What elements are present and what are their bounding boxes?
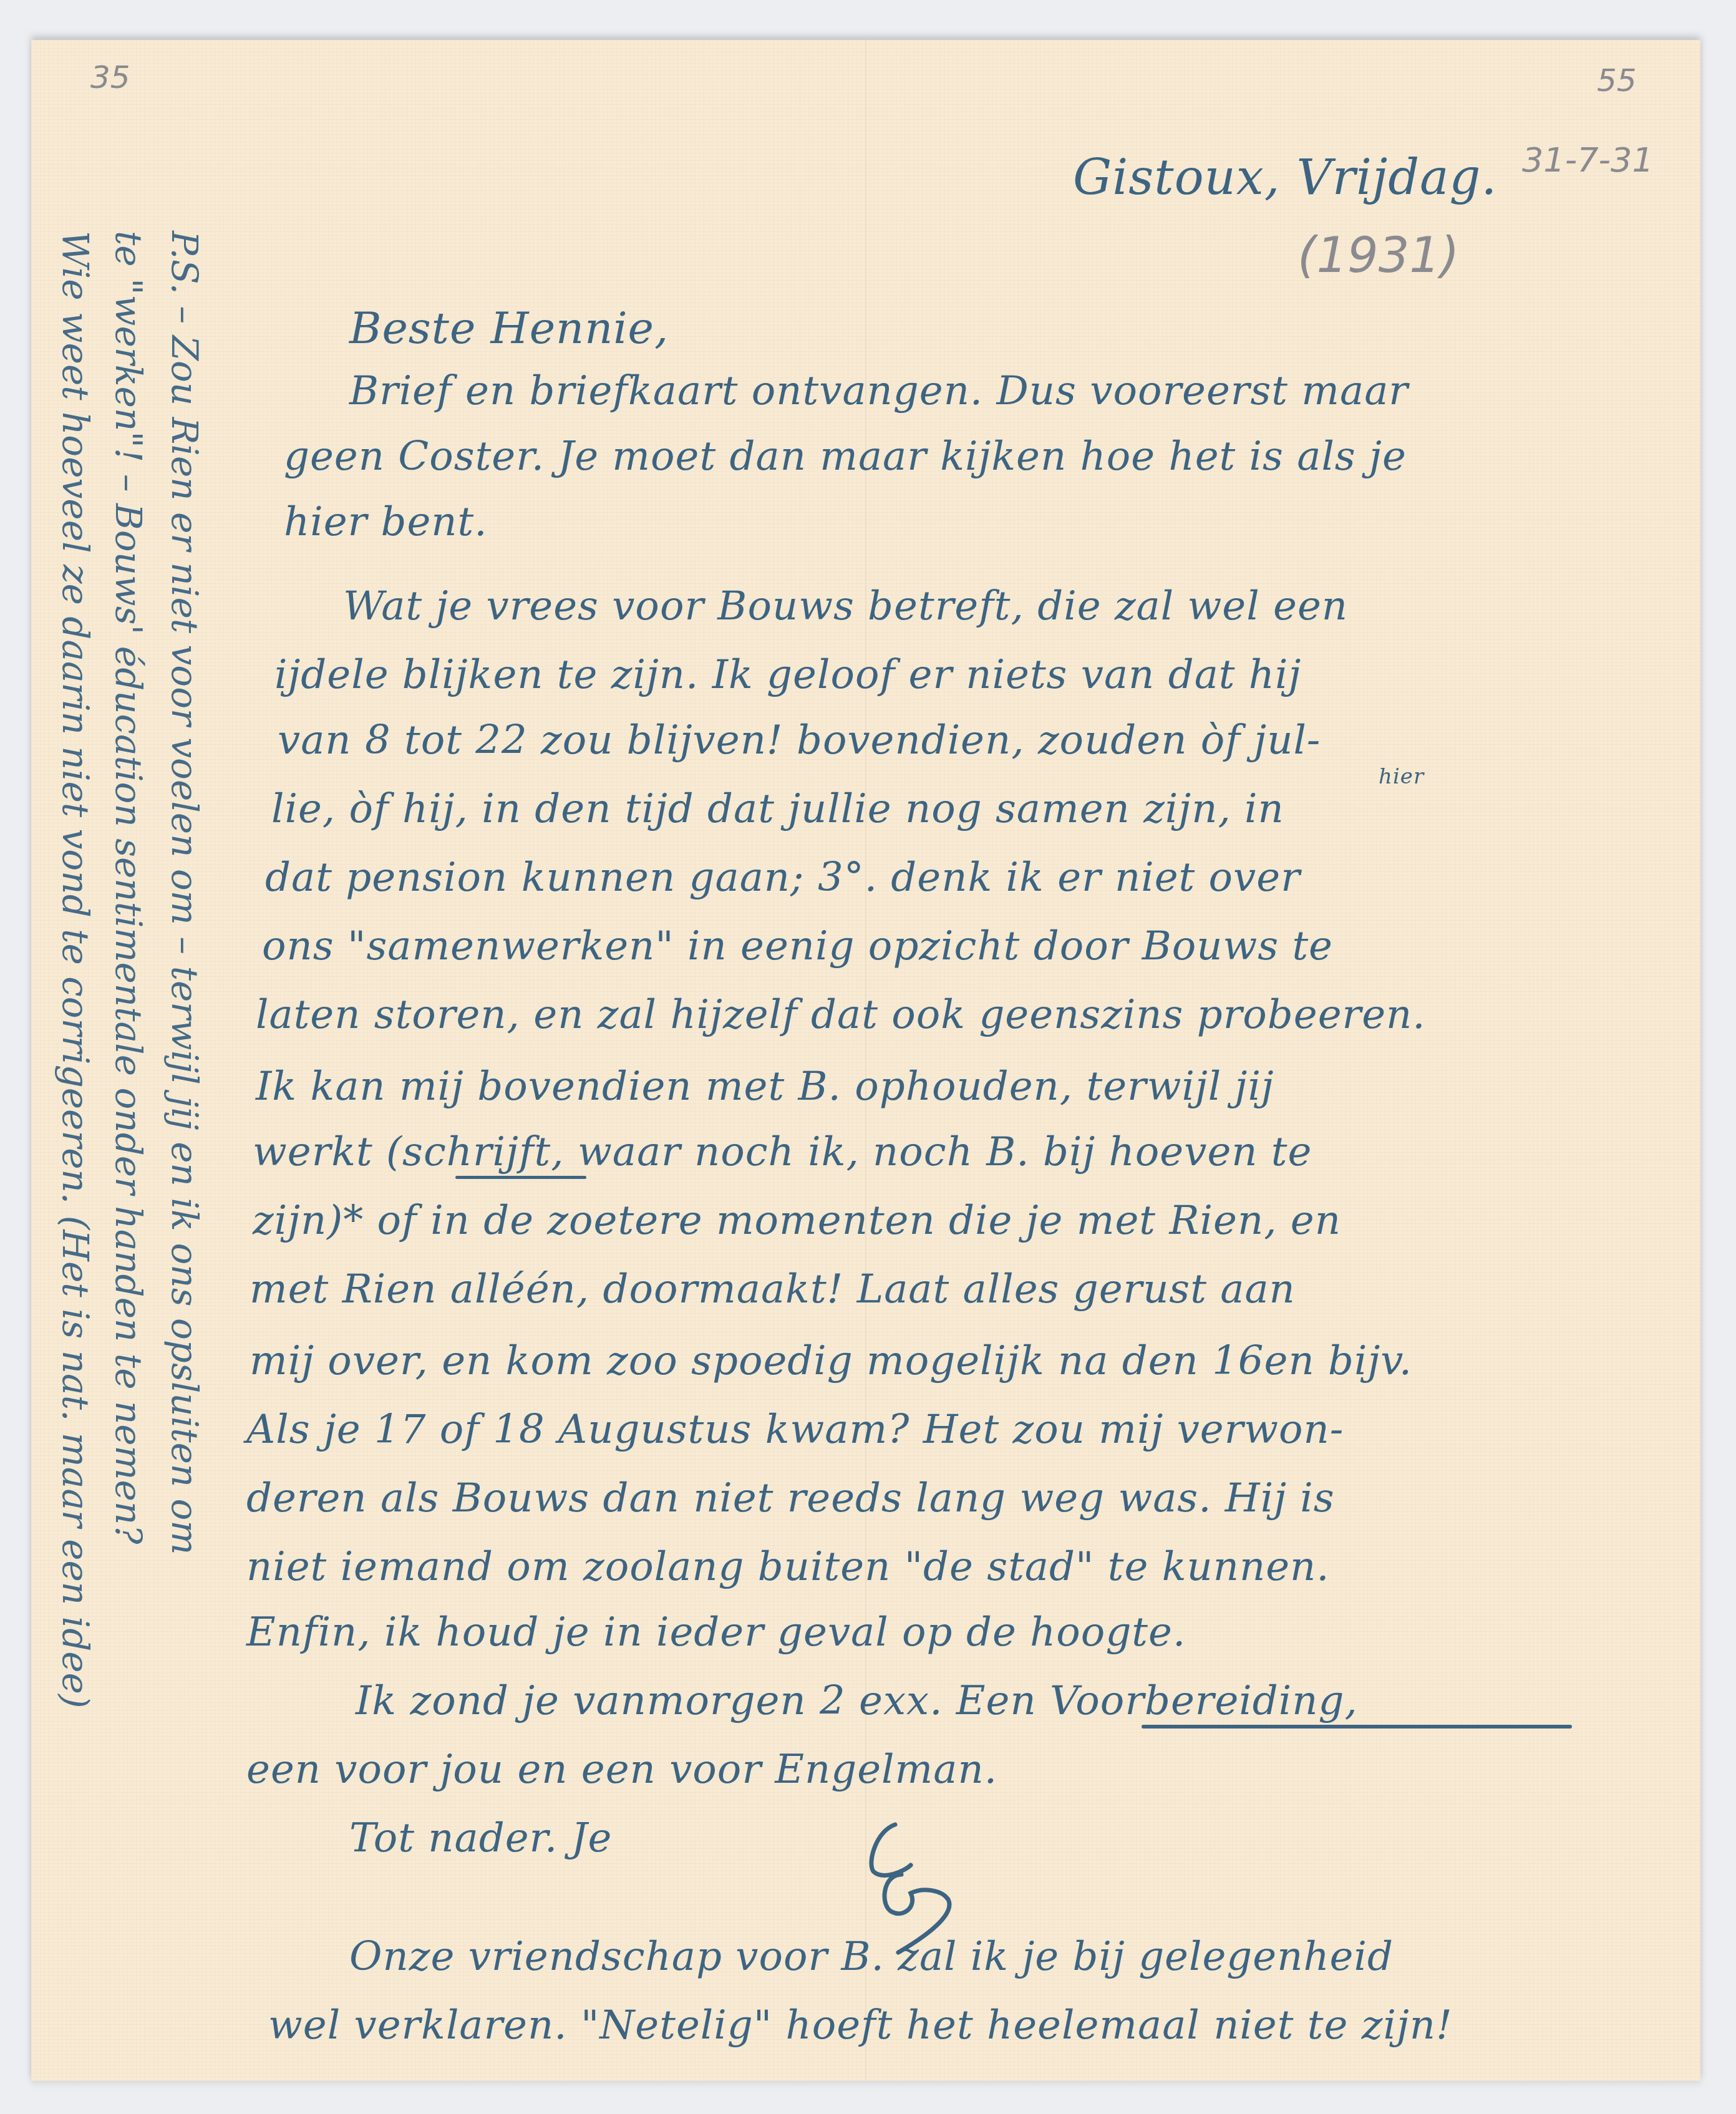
body-line: Als je 17 of 18 Augustus kwam? Het zou m…: [246, 1407, 1344, 1453]
place-date: Gistoux, Vrijdag.: [1073, 150, 1497, 206]
body-line: niet iemand om zoolang buiten "de stad" …: [246, 1544, 1330, 1590]
date-note: 31-7-31: [1522, 140, 1654, 180]
salutation: Beste Hennie,: [349, 303, 669, 354]
body-line: Enfin, ik houd je in ieder geval op de h…: [246, 1609, 1186, 1656]
body-line: ijdele blijken te zijn. Ik geloof er nie…: [274, 652, 1301, 698]
body-line: deren als Bouws dan niet reeds lang weg …: [246, 1475, 1335, 1521]
postscript-line: Onze vriendschap voor B. zal ik je bij g…: [349, 1934, 1394, 1980]
body-line: lie, òf hij, in den tijd dat jullie nog …: [271, 786, 1284, 832]
body-line: Brief en briefkaart ontvangen. Dus voore…: [349, 368, 1622, 414]
year-note: (1931): [1297, 228, 1459, 284]
body-line: laten storen, en zal hijzelf dat ook gee…: [256, 992, 1426, 1038]
underline-schrijft: [455, 1176, 586, 1179]
body-line: hier bent.: [284, 499, 488, 545]
closing: Tot nader. Je: [349, 1815, 612, 1861]
margin-note-line: te "werken"! – Bouws' éducation sentimen…: [107, 231, 150, 1544]
page-number-left: 35: [90, 59, 130, 95]
body-line: met Rien alléén, doormaakt! Laat alles g…: [250, 1266, 1296, 1312]
underline-een-voorbereiding: [1142, 1725, 1572, 1729]
postscript-line: wel verklaren. "Netelig" hoeft het heele…: [268, 2002, 1453, 2049]
margin-note-line: Wie weet hoeveel ze daarin niet vond te …: [54, 231, 97, 1709]
body-line: werkt (schrijft, waar noch ik, noch B. b…: [253, 1129, 1312, 1175]
body-line: zijn)* of in de zoetere momenten die je …: [253, 1198, 1341, 1244]
body-line: dat pension kunnen gaan; 3°. denk ik er …: [265, 855, 1301, 901]
body-line: een voor jou en een voor Engelman.: [246, 1747, 997, 1793]
margin-note-line: P.S. – Zou Rien er niet voor voelen om –…: [163, 231, 206, 1555]
body-line: Ik kan mij bovendien met B. ophouden, te…: [256, 1064, 1274, 1110]
body-line: van 8 tot 22 zou blijven! bovendien, zou…: [278, 717, 1321, 764]
page-number-right: 55: [1597, 62, 1637, 99]
body-line: mij over, en kom zoo spoedig mogelijk na…: [250, 1338, 1412, 1384]
body-line: ons "samenwerken" in eenig opzicht door …: [262, 923, 1333, 969]
insert-hier: hier: [1379, 764, 1424, 789]
body-line: geen Coster. Je moet dan maar kijken hoe…: [284, 434, 1407, 480]
body-line: Ik zond je vanmorgen 2 exx. Een Voorbere…: [356, 1678, 1358, 1724]
body-line: Wat je vrees voor Bouws betreft, die zal…: [343, 583, 1348, 629]
